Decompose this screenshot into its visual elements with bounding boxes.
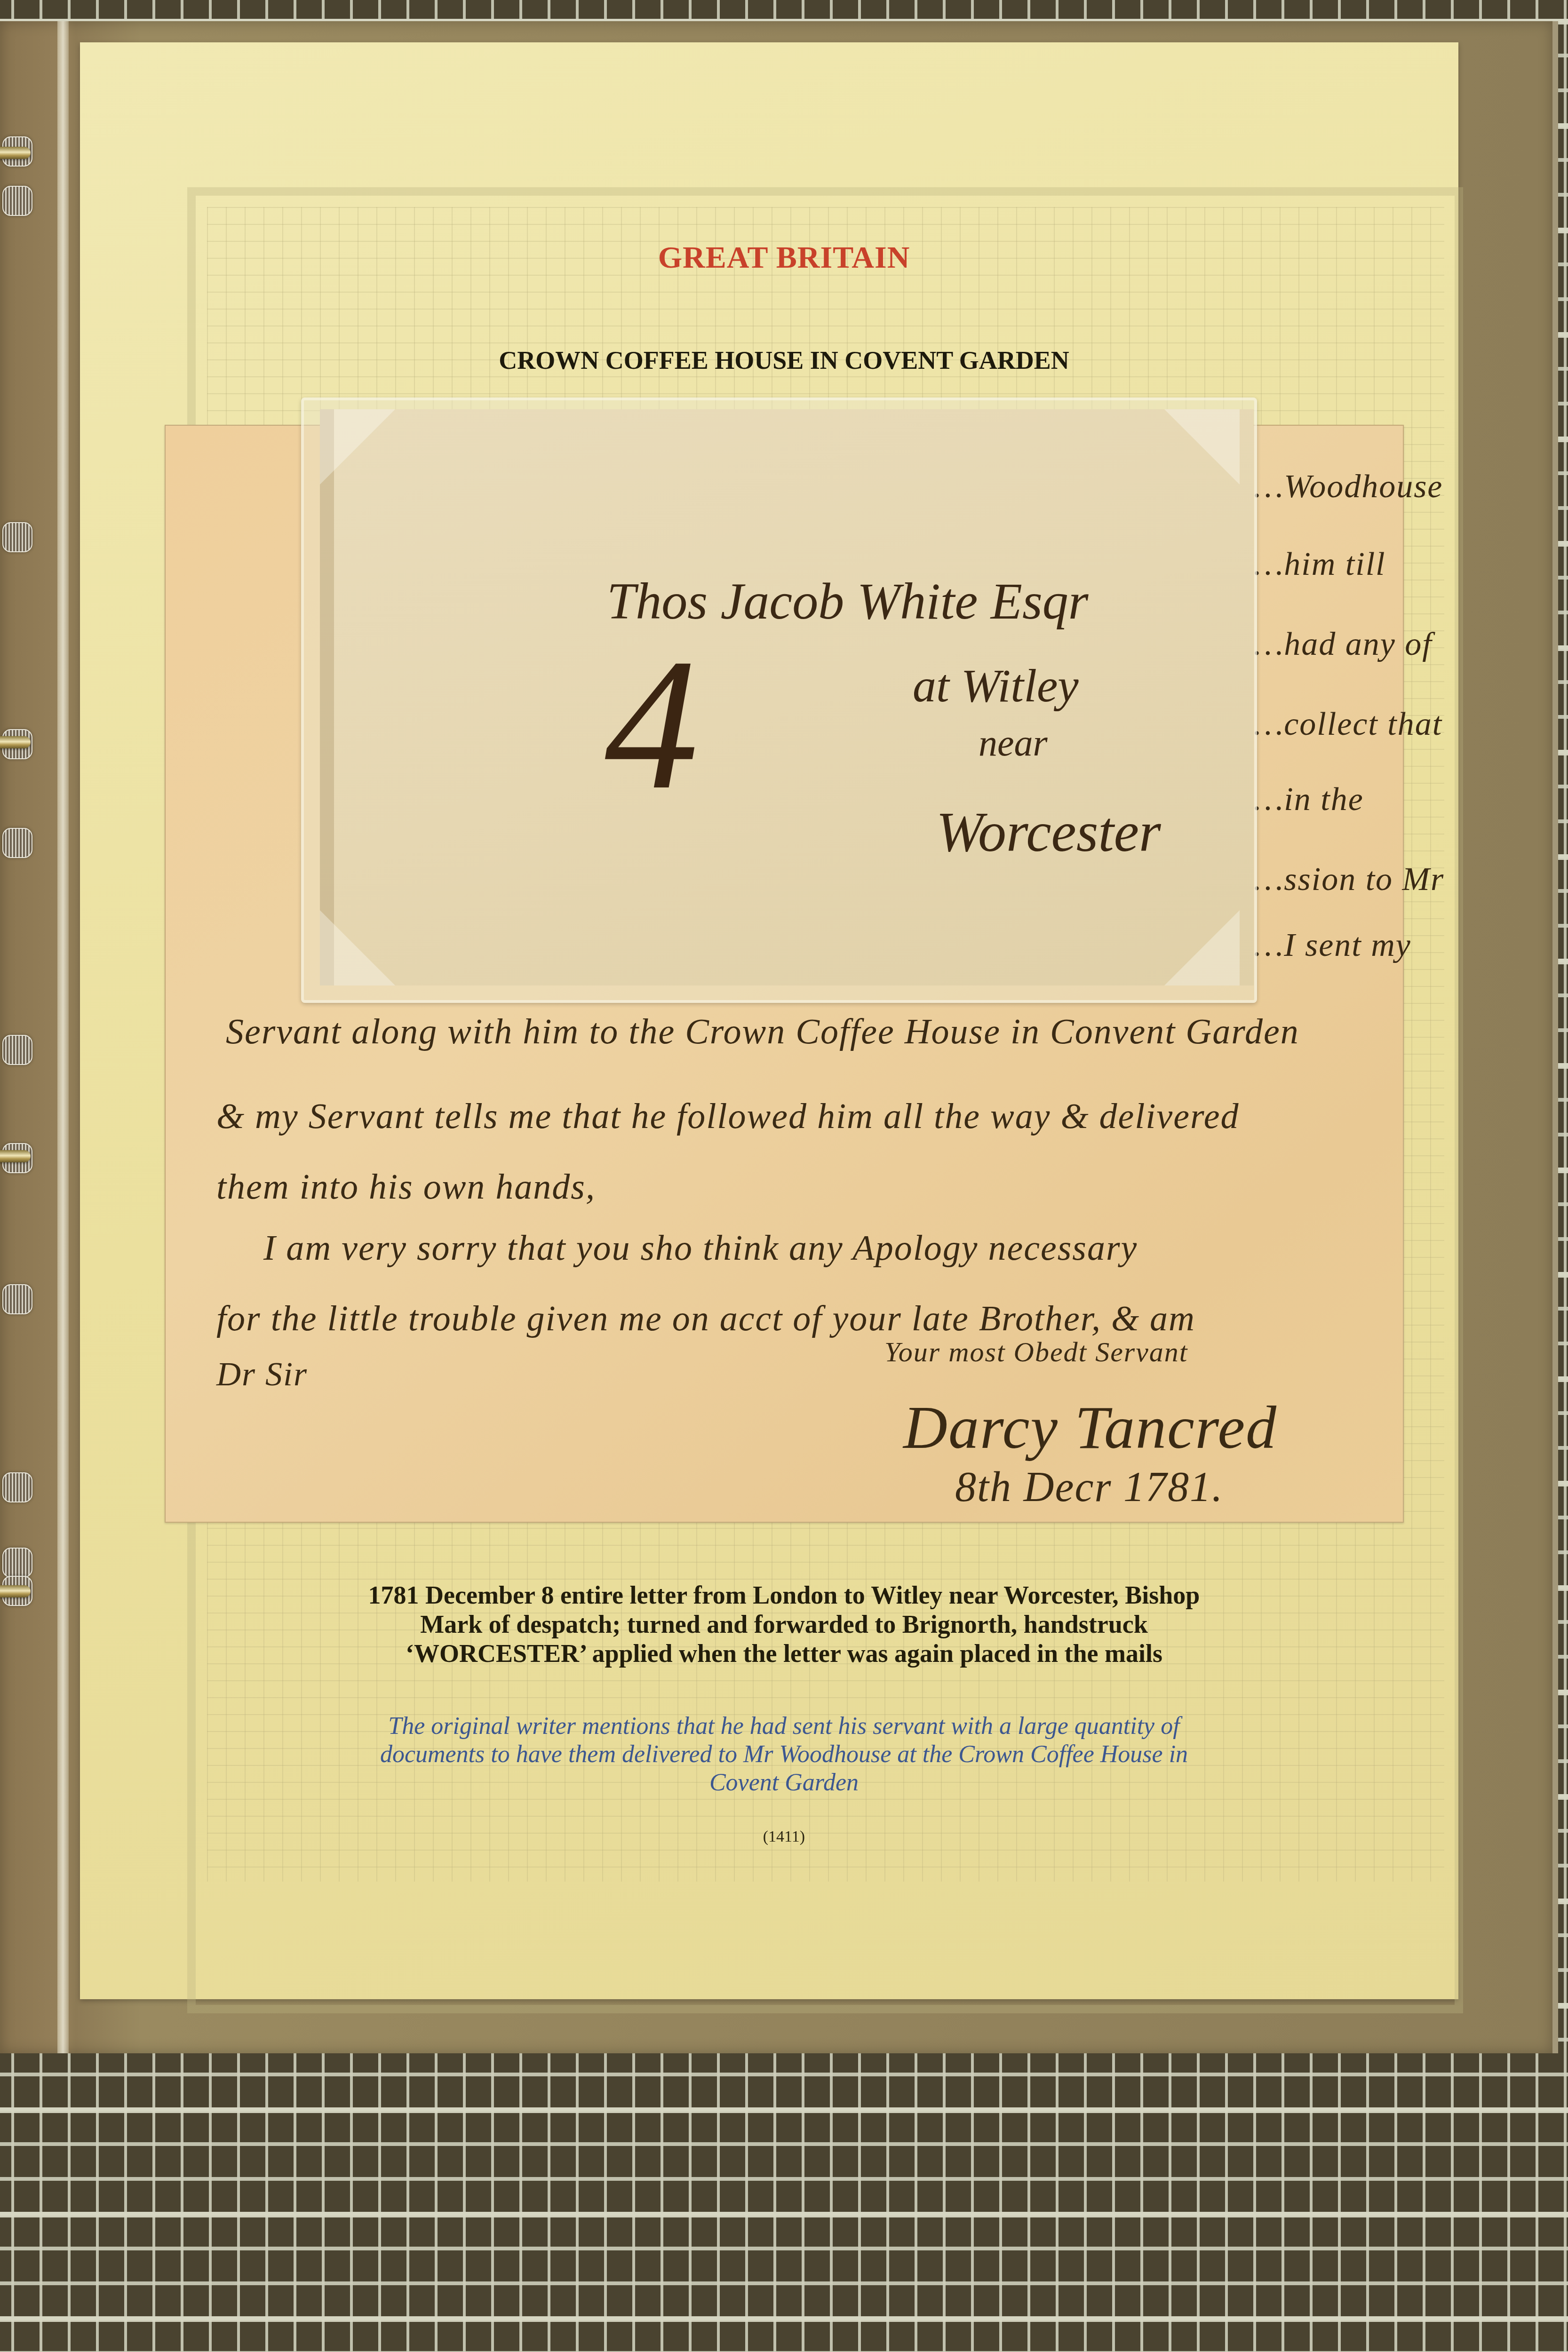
description-line: Mark of despatch; turned and forwarded t… bbox=[0, 1610, 1568, 1639]
binder-hole bbox=[2, 828, 32, 858]
letter-edge-fragment: …him till bbox=[1254, 546, 1386, 583]
binder-ring-icon bbox=[0, 147, 31, 159]
letter-line: Servant along with him to the Crown Coff… bbox=[226, 1011, 1299, 1052]
binder-ring-icon bbox=[0, 736, 31, 748]
note-line: documents to have them delivered to Mr W… bbox=[0, 1740, 1568, 1769]
note-line: The original writer mentions that he had… bbox=[0, 1712, 1568, 1740]
note-caption: The original writer mentions that he had… bbox=[0, 1712, 1568, 1796]
letter-edge-fragment: …I sent my bbox=[1254, 927, 1411, 964]
letter-closing: Your most Obedt Servant bbox=[884, 1336, 1188, 1368]
letter-edge-fragment: …had any of bbox=[1254, 626, 1433, 663]
letter-line: I am very sorry that you sho think any A… bbox=[263, 1228, 1138, 1269]
letter-line: them into his own hands, bbox=[216, 1167, 596, 1208]
binder-hole bbox=[2, 1284, 32, 1314]
letter-edge-fragment: …collect that bbox=[1254, 706, 1442, 743]
note-line: Covent Garden bbox=[0, 1769, 1568, 1797]
description-line: ‘WORCESTER’ applied when the letter was … bbox=[0, 1639, 1568, 1668]
letter-edge-fragment: …Woodhouse bbox=[1254, 468, 1443, 506]
address-near: near bbox=[979, 722, 1048, 765]
binder-hole bbox=[2, 1472, 32, 1502]
binder-ring-icon bbox=[0, 1150, 31, 1162]
letter-signature: Darcy Tancred bbox=[903, 1392, 1277, 1463]
binder-hole bbox=[2, 1035, 32, 1065]
letter-edge-fragment: …ssion to Mr bbox=[1254, 861, 1444, 898]
postage-rate-mark: 4 bbox=[605, 630, 699, 818]
description-caption: 1781 December 8 entire letter from Londo… bbox=[0, 1581, 1568, 1668]
letter-edge-fragment: …in the bbox=[1254, 781, 1364, 818]
description-line: 1781 December 8 entire letter from Londo… bbox=[0, 1581, 1568, 1610]
country-heading: GREAT BRITAIN bbox=[0, 240, 1568, 276]
letter-date: 8th Decr 1781. bbox=[955, 1463, 1223, 1511]
binder-hole bbox=[2, 1548, 32, 1578]
letter-line: & my Servant tells me that he followed h… bbox=[216, 1096, 1239, 1137]
entire-letter-cover bbox=[320, 409, 1254, 985]
address-place: at Witley bbox=[913, 659, 1079, 713]
subject-heading: CROWN COFFEE HOUSE IN COVENT GARDEN bbox=[0, 346, 1568, 375]
address-town: Worcester bbox=[936, 800, 1161, 865]
letter-salutation: Dr Sir bbox=[216, 1355, 308, 1394]
binder-hole bbox=[2, 186, 32, 216]
letter-line: for the little trouble given me on acct … bbox=[216, 1298, 1195, 1339]
binder-hole bbox=[2, 522, 32, 552]
page-reference: (1411) bbox=[0, 1828, 1568, 1846]
